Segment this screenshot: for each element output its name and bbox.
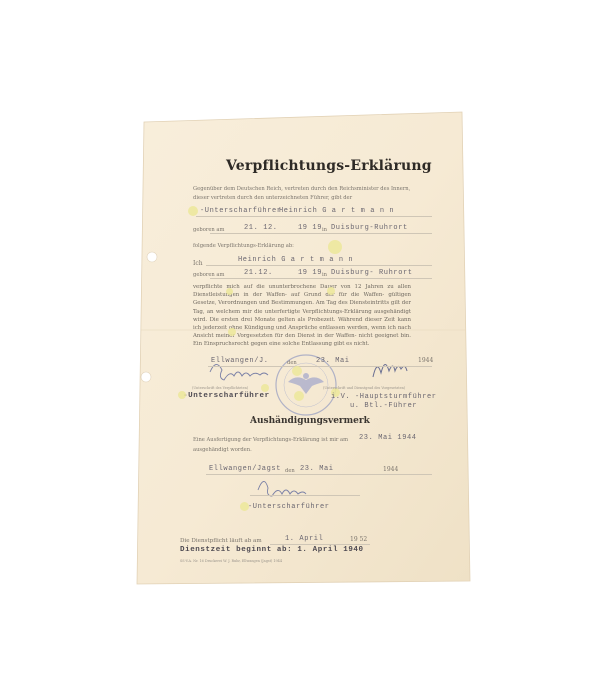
birth-place-2: Duisburg- Ruhrort: [331, 269, 413, 277]
signing-year: 1944: [418, 357, 433, 364]
duty-label: Die Dienstpflicht läuft ab am: [180, 538, 262, 544]
duty-date: 1. April: [285, 535, 323, 543]
redaction-dot: [261, 384, 269, 392]
handover-date: 23. Mai 1944: [359, 434, 417, 442]
document-photo: Verpflichtungs-Erklärung Gegenüber dem D…: [0, 0, 600, 696]
right-rank-line-1: -Hauptsturmführer: [355, 393, 437, 401]
birth-year-1: 19 19: [298, 224, 322, 232]
handover-text-1: Eine Ausfertigung der Verpflichtungs-Erk…: [193, 437, 348, 443]
redaction-dot: [228, 328, 236, 336]
name-2: Heinrich G a r t m a n n: [238, 256, 353, 264]
rank-1: -Unterscharführer: [200, 207, 282, 215]
right-rank-line-2: u. Btl.-Führer: [350, 402, 417, 410]
birth-date-2: 21.12.: [244, 269, 273, 277]
handover-rank: -Unterscharführer: [248, 503, 330, 511]
redaction-dot: [292, 366, 302, 376]
left-caption: (Unterschrift des Verpflichteten): [192, 386, 248, 390]
handover-year-2: 1944: [383, 466, 398, 473]
left-rank: -Unterscharführer: [183, 392, 270, 400]
name-1: Heinrich G a r t m a n n: [279, 207, 394, 215]
handover-date-2: 23. Mai: [300, 465, 334, 473]
birth-date-1: 21. 12.: [244, 224, 278, 232]
printer-line: SS-V.A. Nr. 16 Druckerei W. J. Ruhr, Ell…: [180, 559, 282, 563]
redaction-dot: [327, 287, 335, 295]
handover-title: Aushändigungsvermerk: [250, 416, 370, 426]
service-start: Dienstzeit beginnt ab: 1. April 1940: [180, 546, 364, 554]
birth-year-2: 19 19: [298, 269, 322, 277]
intro-line-1: Gegenüber dem Deutschen Reich, vertreten…: [193, 186, 410, 192]
prefix-2: Ich: [193, 260, 203, 267]
right-caption: (Unterschrift und Dienstgrad des Vorgese…: [323, 386, 405, 390]
handover-text-2: ausgehändigt worden.: [193, 447, 252, 453]
handover-place: Ellwangen/Jagst: [209, 465, 281, 473]
redaction-dot: [188, 206, 198, 216]
punch-hole-icon: [141, 372, 151, 382]
birth-place-1: Duisburg-Ruhrort: [331, 224, 408, 232]
redaction-dot: [178, 391, 186, 399]
following-label: folgende Verpflichtungs-Erklärung ab:: [193, 243, 294, 249]
signing-place: Ellwangen/J.: [211, 357, 269, 365]
intro-line-2: dieser vertreten durch den unterzeichnet…: [193, 195, 352, 201]
document-title: Verpflichtungs-Erklärung: [226, 158, 432, 174]
right-prefix: i.V.: [331, 393, 350, 401]
signing-date: 23. Mai: [316, 357, 350, 365]
redaction-dot: [226, 288, 233, 295]
punch-hole-icon: [147, 252, 157, 262]
redaction-dot: [328, 240, 342, 254]
duty-year: 19 52: [350, 536, 367, 543]
redaction-dot: [294, 391, 304, 401]
